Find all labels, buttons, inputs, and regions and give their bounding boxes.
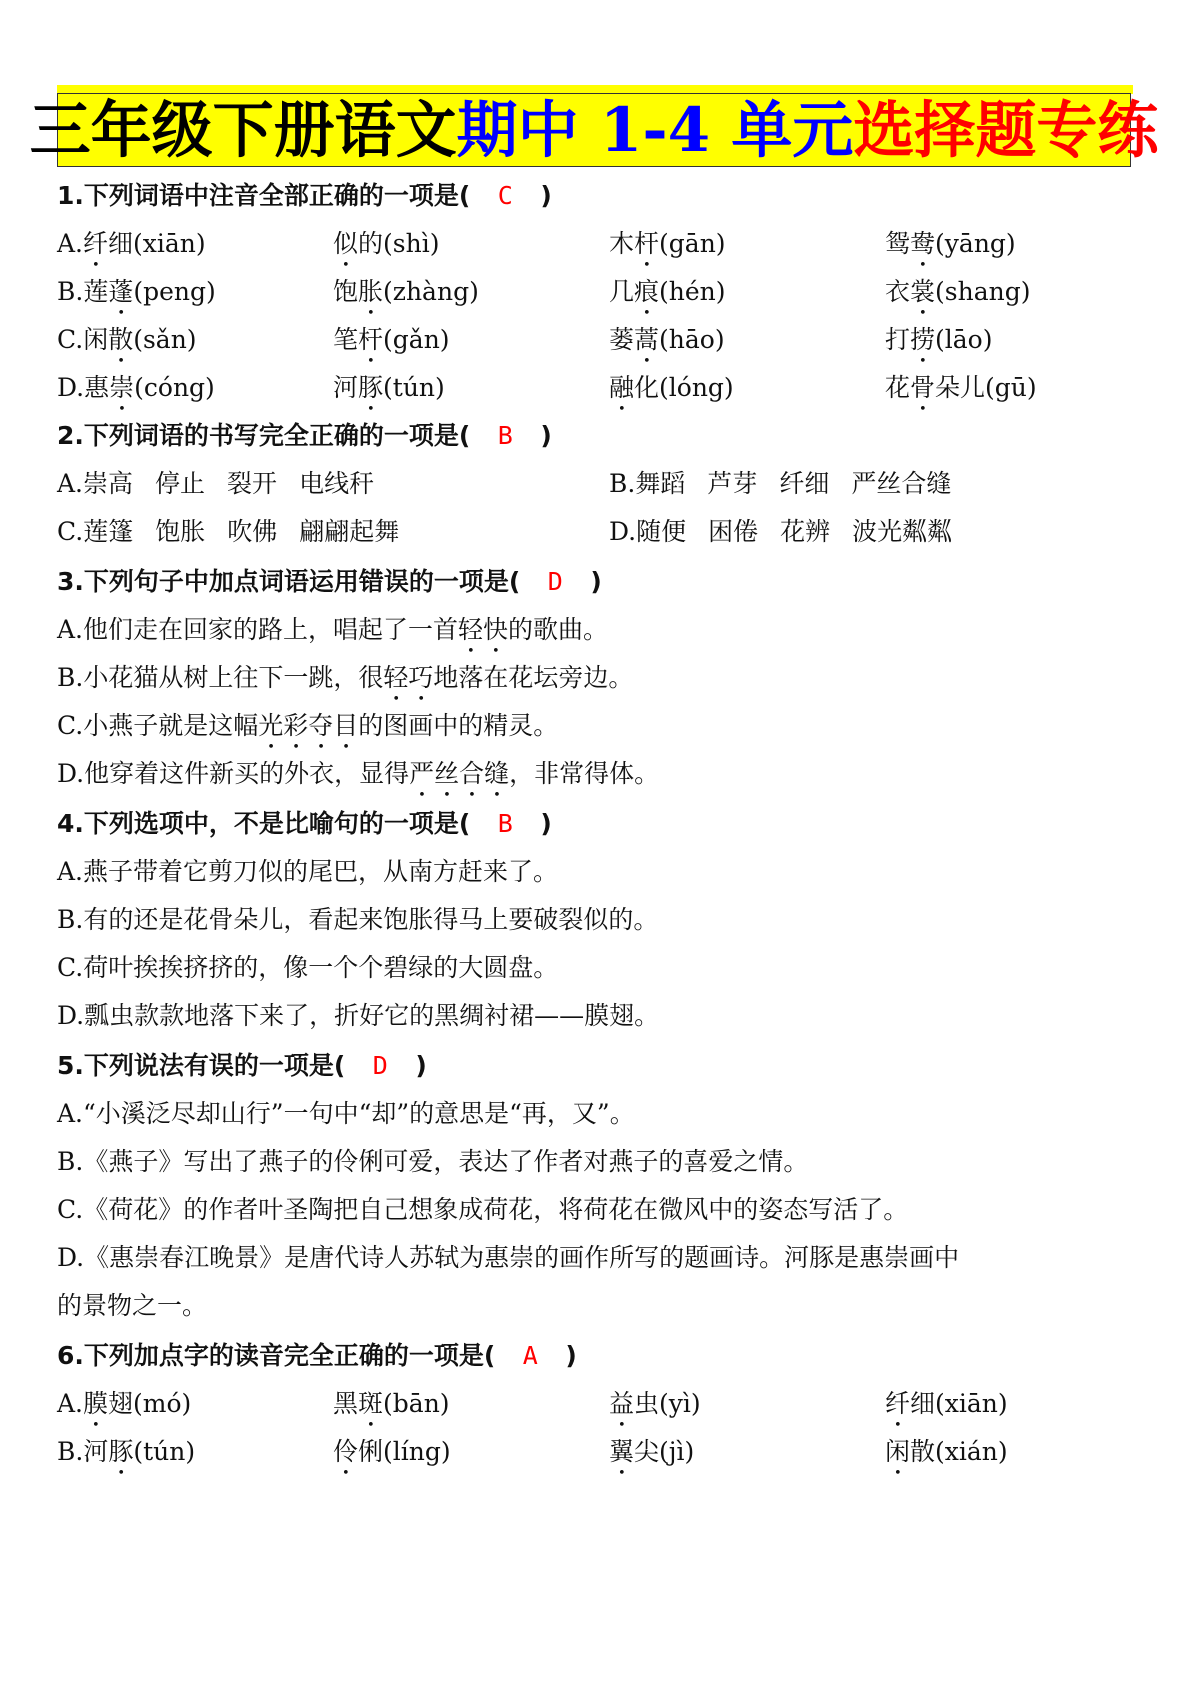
pinyin: (yāng) [935, 229, 1016, 258]
stem-text: 3.下列句子中加点词语运用错误的一项是( [57, 567, 520, 596]
sentence-pre: 小燕子就是这幅 [83, 711, 258, 740]
stem-close: ) [415, 1051, 426, 1080]
dotted-char: 散 [108, 325, 133, 354]
stem-close: ) [540, 809, 551, 838]
word-pre: 莲 [83, 277, 108, 306]
question-2-options-cd: C.莲篷饱胀吹佛翩翩起舞 D.随便困倦花辨波光粼粼 [57, 512, 1137, 564]
question-2-stem: 2.下列词语的书写完全正确的一项是(B) [57, 416, 1137, 468]
question-2-options-ab: A.崇高停止裂开电线秆 B.舞蹈芦芽纤细严丝合缝 [57, 464, 1137, 516]
option-label: A. [57, 615, 83, 644]
option-item: 益虫(yì) [609, 1384, 701, 1433]
stem-close: ) [540, 181, 551, 210]
question-5-option-b: B.《燕子》写出了燕子的伶俐可爱，表达了作者对燕子的喜爱之情。 [57, 1142, 1137, 1194]
dotted-char: 膜 [83, 1389, 108, 1418]
dotted-char: 豚 [358, 373, 383, 402]
stem-close: ) [590, 567, 601, 596]
question-1-option-d: D.惠崇(cóng) 河豚(tún) 融化(lóng) 花骨朵儿(gū) [57, 368, 1137, 420]
question-4-option-b: B.有的还是花骨朵儿，看起来饱胀得马上要破裂似的。 [57, 900, 1137, 952]
question-4-option-a: A.燕子带着它剪刀似的尾巴，从南方赶来了。 [57, 852, 1137, 904]
word: 纤细 [779, 469, 829, 498]
word-pre: 惠 [84, 373, 109, 402]
dotted-char: 益 [609, 1389, 634, 1418]
word-pre: 打 [885, 325, 910, 354]
dotted-char: 纤 [83, 229, 108, 258]
pinyin: (yì) [659, 1389, 701, 1418]
pinyin: (lóng) [659, 373, 734, 402]
title-part-midterm: 期中 1-4 单元 [457, 100, 854, 161]
sentence-post: 的图画中的精灵。 [358, 711, 558, 740]
option-label: A. [57, 229, 83, 258]
word-pre: 鸳 [885, 229, 910, 258]
option-item: 鸳鸯(yāng) [885, 224, 1016, 273]
word-post: 翅 [108, 1389, 133, 1418]
option-item: 融化(lóng) [609, 368, 734, 417]
option-text: 燕子带着它剪刀似的尾巴，从南方赶来了。 [83, 857, 558, 886]
question-3-stem: 3.下列句子中加点词语运用错误的一项是(D) [57, 562, 1137, 614]
stem-text: 2.下列词语的书写完全正确的一项是( [57, 421, 470, 450]
word: 裂开 [227, 469, 277, 498]
option-b: B.舞蹈芦芽纤细严丝合缝 [609, 464, 951, 504]
word-pre: 衣 [885, 277, 910, 306]
option-label: A. [57, 469, 83, 498]
dotted-char: 裳 [910, 277, 935, 306]
option-label: B. [609, 469, 635, 498]
option-label: A. [57, 1389, 83, 1418]
word: 莲篷 [83, 517, 133, 546]
word: 翩翩起舞 [299, 517, 399, 546]
word-pre: 笔 [333, 325, 358, 354]
sentence-pre: 他穿着这件新买的外衣，显得 [84, 759, 409, 788]
dotted-char: 杆 [634, 229, 659, 258]
option-item: 打捞(lāo) [885, 320, 993, 369]
answer-label: C [470, 176, 540, 216]
pinyin: (hén) [659, 277, 726, 306]
option-label: D. [609, 517, 636, 546]
option-label: A. [57, 857, 83, 886]
pinyin: (gān) [659, 229, 726, 258]
question-6-option-a: A.膜翅(mó) 黑斑(bān) 益虫(yì) 纤细(xiān) [57, 1384, 1137, 1436]
option-item: B.河豚(tún) [57, 1432, 195, 1481]
word: 芦芽 [707, 469, 757, 498]
sentence-post: 的歌曲。 [508, 615, 608, 644]
page-title: 三年级下册语文期中 1-4 单元选择题专练 [57, 93, 1131, 167]
option-text: 瓢虫款款地落下来了，折好它的黑绸衬裙——膜翅。 [84, 1001, 659, 1030]
option-text: 《燕子》写出了燕子的伶俐可爱，表达了作者对燕子的喜爱之情。 [83, 1147, 808, 1176]
word-post: 虫 [634, 1389, 659, 1418]
question-1-option-b: B.莲蓬(peng) 饱胀(zhàng) 几痕(hén) 衣裳(shang) [57, 272, 1137, 324]
option-item: 翼尖(jì) [609, 1432, 694, 1481]
option-item: 衣裳(shang) [885, 272, 1030, 321]
option-item: C.闲散(sǎn) [57, 320, 197, 369]
option-item: B.莲蓬(peng) [57, 272, 216, 321]
option-item: 蒌蒿(hāo) [609, 320, 725, 369]
question-3-option-d: D.他穿着这件新买的外衣，显得严丝合缝，非常得体。 [57, 754, 1137, 806]
pinyin: (zhàng) [383, 277, 479, 306]
dotted-phrase: 轻快 [458, 615, 508, 644]
option-item: 河豚(tún) [333, 368, 445, 417]
stem-text: 1.下列词语中注音全部正确的一项是( [57, 181, 470, 210]
dotted-phrase: 光彩夺目 [258, 711, 358, 740]
word-post: 尖 [634, 1437, 659, 1466]
dotted-char: 斑 [358, 1389, 383, 1418]
word: 随便 [636, 517, 686, 546]
answer-label: D [345, 1046, 415, 1086]
word-pre: 河 [333, 373, 358, 402]
word-pre: 河 [83, 1437, 108, 1466]
option-item: 似的(shì) [333, 224, 439, 273]
word-post: 化 [634, 373, 659, 402]
pinyin: (mó) [133, 1389, 191, 1418]
option-label: A. [57, 1099, 83, 1128]
question-5-option-d: D.《惠崇春江晚景》是唐代诗人苏轼为惠崇的画作所写的题画诗。河豚是惠崇画中 [57, 1238, 1137, 1290]
option-label: D. [57, 1001, 84, 1030]
word: 波光粼粼 [852, 517, 952, 546]
option-item: 纤细(xiān) [885, 1384, 1008, 1433]
question-1-stem: 1.下列词语中注音全部正确的一项是(C) [57, 176, 1137, 228]
option-item: 伶俐(líng) [333, 1432, 451, 1481]
word: 严丝合缝 [851, 469, 951, 498]
question-5-stem: 5.下列说法有误的一项是(D) [57, 1046, 1137, 1098]
option-label: C. [57, 517, 83, 546]
question-1-option-c: C.闲散(sǎn) 笔杆(gǎn) 蒌蒿(hāo) 打捞(lāo) [57, 320, 1137, 372]
option-label: C. [57, 325, 83, 354]
option-label: B. [57, 277, 83, 306]
word: 吹佛 [227, 517, 277, 546]
option-label: B. [57, 905, 83, 934]
title-part-topic: 选择题专练 [853, 100, 1158, 161]
word-post: 细 [108, 229, 133, 258]
sentence-pre: 他们走在回家的路上，唱起了一首 [83, 615, 458, 644]
dotted-char: 痕 [634, 277, 659, 306]
option-item: 花骨朵儿(gū) [885, 368, 1037, 417]
word: 困倦 [708, 517, 758, 546]
option-text: 有的还是花骨朵儿，看起来饱胀得马上要破裂似的。 [83, 905, 658, 934]
dotted-char: 杆 [358, 325, 383, 354]
option-label: D. [57, 373, 84, 402]
option-label: B. [57, 663, 83, 692]
pinyin: (xiān) [133, 229, 206, 258]
pinyin: (peng) [133, 277, 215, 306]
option-text: “小溪泛尽却山行”一句中“却”的意思是“再，又”。 [83, 1099, 635, 1128]
word: 电线秆 [299, 469, 374, 498]
pinyin: (gū) [985, 373, 1037, 402]
dotted-char: 闲 [885, 1437, 910, 1466]
answer-label: D [520, 562, 590, 602]
stem-close: ) [565, 1341, 576, 1370]
pinyin: (gǎn) [383, 325, 450, 354]
word: 停止 [155, 469, 205, 498]
pinyin: (shì) [383, 229, 439, 258]
sentence-post: ，非常得体。 [509, 759, 659, 788]
option-text-continuation: 的景物之一。 [57, 1291, 207, 1320]
option-label: C. [57, 953, 83, 982]
pinyin: (líng) [383, 1437, 451, 1466]
word-post: 的 [358, 229, 383, 258]
question-5-option-c: C.《荷花》的作者叶圣陶把自己想象成荷花，将荷花在微风中的姿态写活了。 [57, 1190, 1137, 1242]
dotted-char: 似 [333, 229, 358, 258]
pinyin: (hāo) [659, 325, 725, 354]
pinyin: (xiān) [935, 1389, 1008, 1418]
question-4-option-d: D.瓢虫款款地落下来了，折好它的黑绸衬裙——膜翅。 [57, 996, 1137, 1048]
option-item: A.膜翅(mó) [57, 1384, 191, 1433]
stem-text: 5.下列说法有误的一项是( [57, 1051, 345, 1080]
word-pre: 木 [609, 229, 634, 258]
word: 崇高 [83, 469, 133, 498]
question-6-option-b: B.河豚(tún) 伶俐(líng) 翼尖(jì) 闲散(xián) [57, 1432, 1137, 1484]
word-post: 朵儿 [935, 373, 985, 402]
option-item: 笔杆(gǎn) [333, 320, 450, 369]
dotted-char: 崇 [109, 373, 134, 402]
dotted-char: 纤 [885, 1389, 910, 1418]
pinyin: (bān) [383, 1389, 450, 1418]
dotted-char: 胀 [358, 277, 383, 306]
word-pre: 蒌 [609, 325, 634, 354]
question-6-stem: 6.下列加点字的读音完全正确的一项是(A) [57, 1336, 1137, 1388]
stem-close: ) [540, 421, 551, 450]
dotted-char: 捞 [910, 325, 935, 354]
title-part-grade: 三年级下册语文 [30, 100, 457, 161]
question-3-option-c: C.小燕子就是这幅光彩夺目的图画中的精灵。 [57, 706, 1137, 758]
word: 饱胀 [155, 517, 205, 546]
stem-text: 6.下列加点字的读音完全正确的一项是( [57, 1341, 495, 1370]
dotted-char: 翼 [609, 1437, 634, 1466]
option-d: D.随便困倦花辨波光粼粼 [609, 512, 952, 552]
sentence-post: 地落在花坛旁边。 [433, 663, 633, 692]
option-label: D. [57, 1243, 84, 1272]
option-item: 饱胀(zhàng) [333, 272, 479, 321]
pinyin: (tún) [383, 373, 445, 402]
pinyin: (shang) [935, 277, 1030, 306]
option-text: 荷叶挨挨挤挤的，像一个个碧绿的大圆盘。 [83, 953, 558, 982]
dotted-char: 蓬 [108, 277, 133, 306]
option-item: 黑斑(bān) [333, 1384, 450, 1433]
sentence-pre: 小花猫从树上往下一跳，很 [83, 663, 383, 692]
question-4-option-c: C.荷叶挨挨挤挤的，像一个个碧绿的大圆盘。 [57, 948, 1137, 1000]
answer-label: A [495, 1336, 565, 1376]
word-pre: 几 [609, 277, 634, 306]
question-3-option-b: B.小花猫从树上往下一跳，很轻巧地落在花坛旁边。 [57, 658, 1137, 710]
dotted-char: 鸯 [910, 229, 935, 258]
option-a: A.崇高停止裂开电线秆 [57, 464, 374, 504]
option-label: C. [57, 711, 83, 740]
option-item: A.纤细(xiān) [57, 224, 206, 273]
dotted-char: 豚 [108, 1437, 133, 1466]
word-post: 俐 [358, 1437, 383, 1466]
option-label: D. [57, 759, 84, 788]
option-text: 《荷花》的作者叶圣陶把自己想象成荷花，将荷花在微风中的姿态写活了。 [83, 1195, 908, 1224]
option-label: C. [57, 1195, 83, 1224]
option-label: B. [57, 1437, 83, 1466]
answer-label: B [470, 804, 540, 844]
question-4-stem: 4.下列选项中，不是比喻句的一项是(B) [57, 804, 1137, 856]
word-pre: 花 [885, 373, 910, 402]
word-pre: 黑 [333, 1389, 358, 1418]
option-item: 几痕(hén) [609, 272, 726, 321]
pinyin: (jì) [659, 1437, 694, 1466]
question-3-option-a: A.他们走在回家的路上，唱起了一首轻快的歌曲。 [57, 610, 1137, 662]
option-label: B. [57, 1147, 83, 1176]
option-item: 闲散(xián) [885, 1432, 1008, 1481]
question-1-option-a: A.纤细(xiān) 似的(shì) 木杆(gān) 鸳鸯(yāng) [57, 224, 1137, 276]
word: 舞蹈 [635, 469, 685, 498]
dotted-char: 伶 [333, 1437, 358, 1466]
option-text: 《惠崇春江晚景》是唐代诗人苏轼为惠崇的画作所写的题画诗。河豚是惠崇画中 [84, 1243, 959, 1272]
pinyin: (xián) [935, 1437, 1008, 1466]
word: 花辨 [780, 517, 830, 546]
dotted-phrase: 严丝合缝 [409, 759, 509, 788]
question-5-option-a: A.“小溪泛尽却山行”一句中“却”的意思是“再，又”。 [57, 1094, 1137, 1146]
question-5-option-d-continuation: 的景物之一。 [57, 1286, 1137, 1338]
option-c: C.莲篷饱胀吹佛翩翩起舞 [57, 512, 399, 552]
dotted-char: 蒿 [634, 325, 659, 354]
word-pre: 闲 [83, 325, 108, 354]
word-post: 散 [910, 1437, 935, 1466]
word-pre: 饱 [333, 277, 358, 306]
pinyin: (lāo) [935, 325, 992, 354]
pinyin: (sǎn) [133, 325, 196, 354]
pinyin: (tún) [133, 1437, 195, 1466]
option-item: D.惠崇(cóng) [57, 368, 215, 417]
stem-text: 4.下列选项中，不是比喻句的一项是( [57, 809, 470, 838]
pinyin: (cóng) [134, 373, 215, 402]
word-post: 细 [910, 1389, 935, 1418]
dotted-char: 骨 [910, 373, 935, 402]
dotted-char: 融 [609, 373, 634, 402]
dotted-phrase: 轻巧 [383, 663, 433, 692]
option-item: 木杆(gān) [609, 224, 726, 273]
answer-label: B [470, 416, 540, 456]
